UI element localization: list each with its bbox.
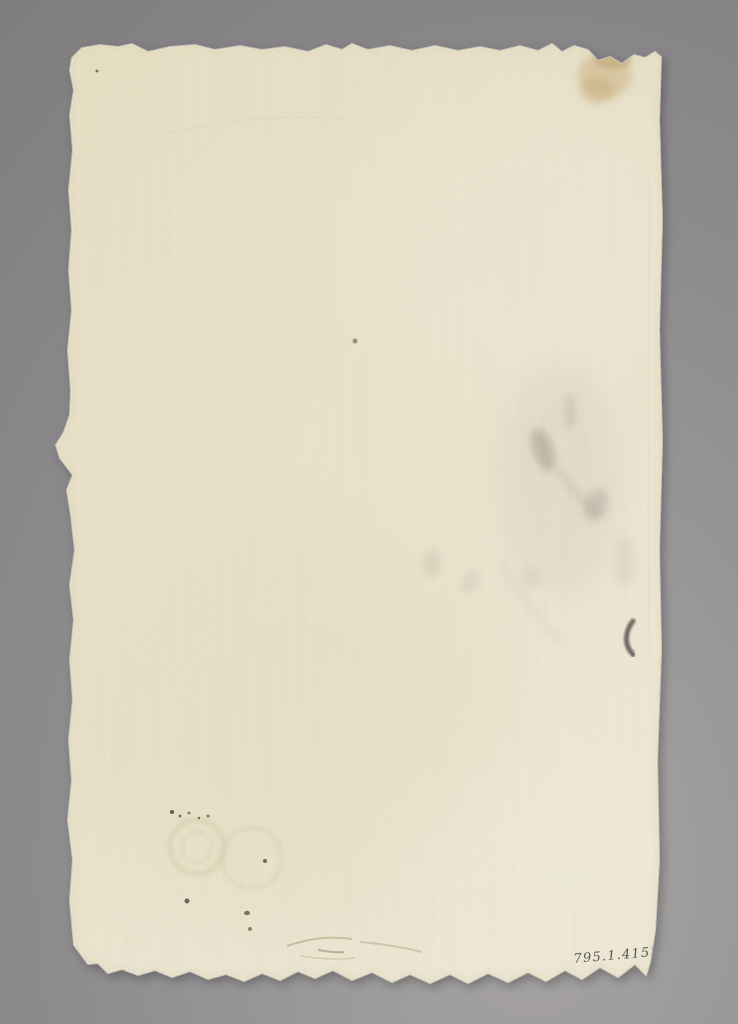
crease-right-edge [648, 160, 650, 660]
photo-canvas: 795.1.4153 [0, 0, 738, 1024]
paper-sheet: 795.1.4153 [40, 30, 720, 1000]
